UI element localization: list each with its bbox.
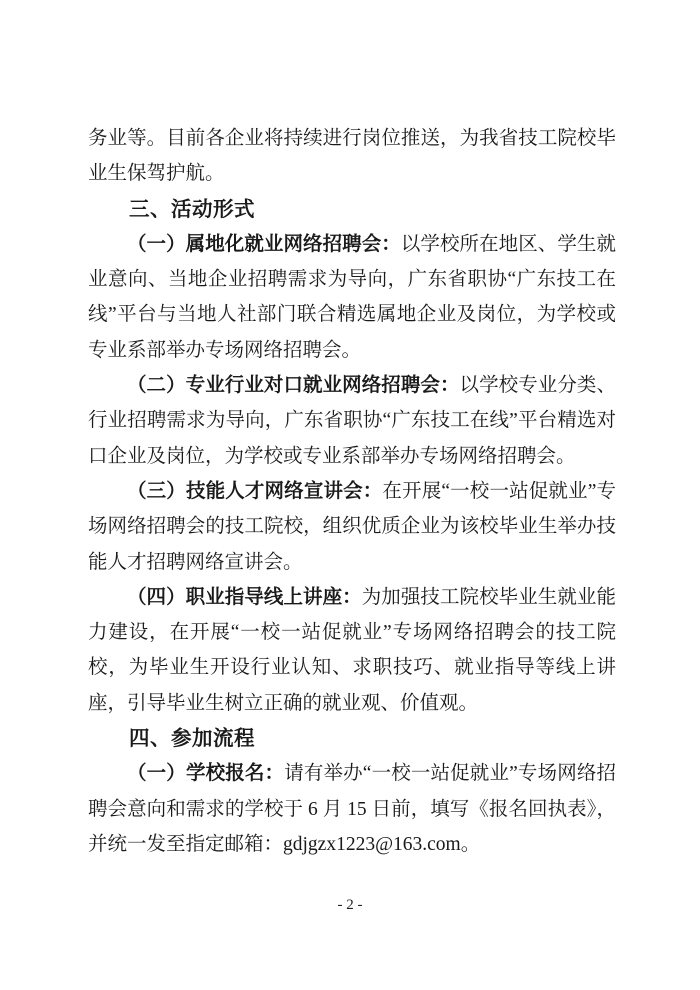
bold-text-run: （二）专业行业对口就业网络招聘会： bbox=[127, 375, 460, 396]
section-heading: 四、参加流程 bbox=[88, 721, 616, 756]
bold-text-run: （三）技能人才网络宣讲会： bbox=[127, 481, 382, 502]
bold-text-run: （四）职业指导线上讲座： bbox=[127, 587, 362, 608]
body-paragraph: （一）学校报名：请有举办“一校一站促就业”专场网络招聘会意向和需求的学校于 6 … bbox=[88, 756, 616, 862]
document-page: 务业等。目前各企业将持续进行岗位推送，为我省技工院校毕业生保驾护航。三、活动形式… bbox=[0, 0, 700, 990]
bold-text-run: （一）学校报名： bbox=[127, 763, 284, 784]
page-number: - 2 - bbox=[0, 897, 700, 914]
document-content: 务业等。目前各企业将持续进行岗位推送，为我省技工院校毕业生保驾护航。三、活动形式… bbox=[88, 121, 616, 862]
body-paragraph: 务业等。目前各企业将持续进行岗位推送，为我省技工院校毕业生保驾护航。 bbox=[88, 121, 616, 192]
section-heading: 三、活动形式 bbox=[88, 192, 616, 227]
body-paragraph: （二）专业行业对口就业网络招聘会：以学校专业分类、行业招聘需求为导向，广东省职协… bbox=[88, 368, 616, 474]
body-paragraph: （三）技能人才网络宣讲会：在开展“一校一站促就业”专场网络招聘会的技工院校，组织… bbox=[88, 474, 616, 580]
bold-text-run: （一）属地化就业网络招聘会： bbox=[127, 234, 401, 255]
body-paragraph: （四）职业指导线上讲座：为加强技工院校毕业生就业能力建设，在开展“一校一站促就业… bbox=[88, 580, 616, 721]
body-paragraph: （一）属地化就业网络招聘会：以学校所在地区、学生就业意向、当地企业招聘需求为导向… bbox=[88, 227, 616, 368]
text-run: 务业等。目前各企业将持续进行岗位推送，为我省技工院校毕业生保驾护航。 bbox=[88, 128, 616, 184]
